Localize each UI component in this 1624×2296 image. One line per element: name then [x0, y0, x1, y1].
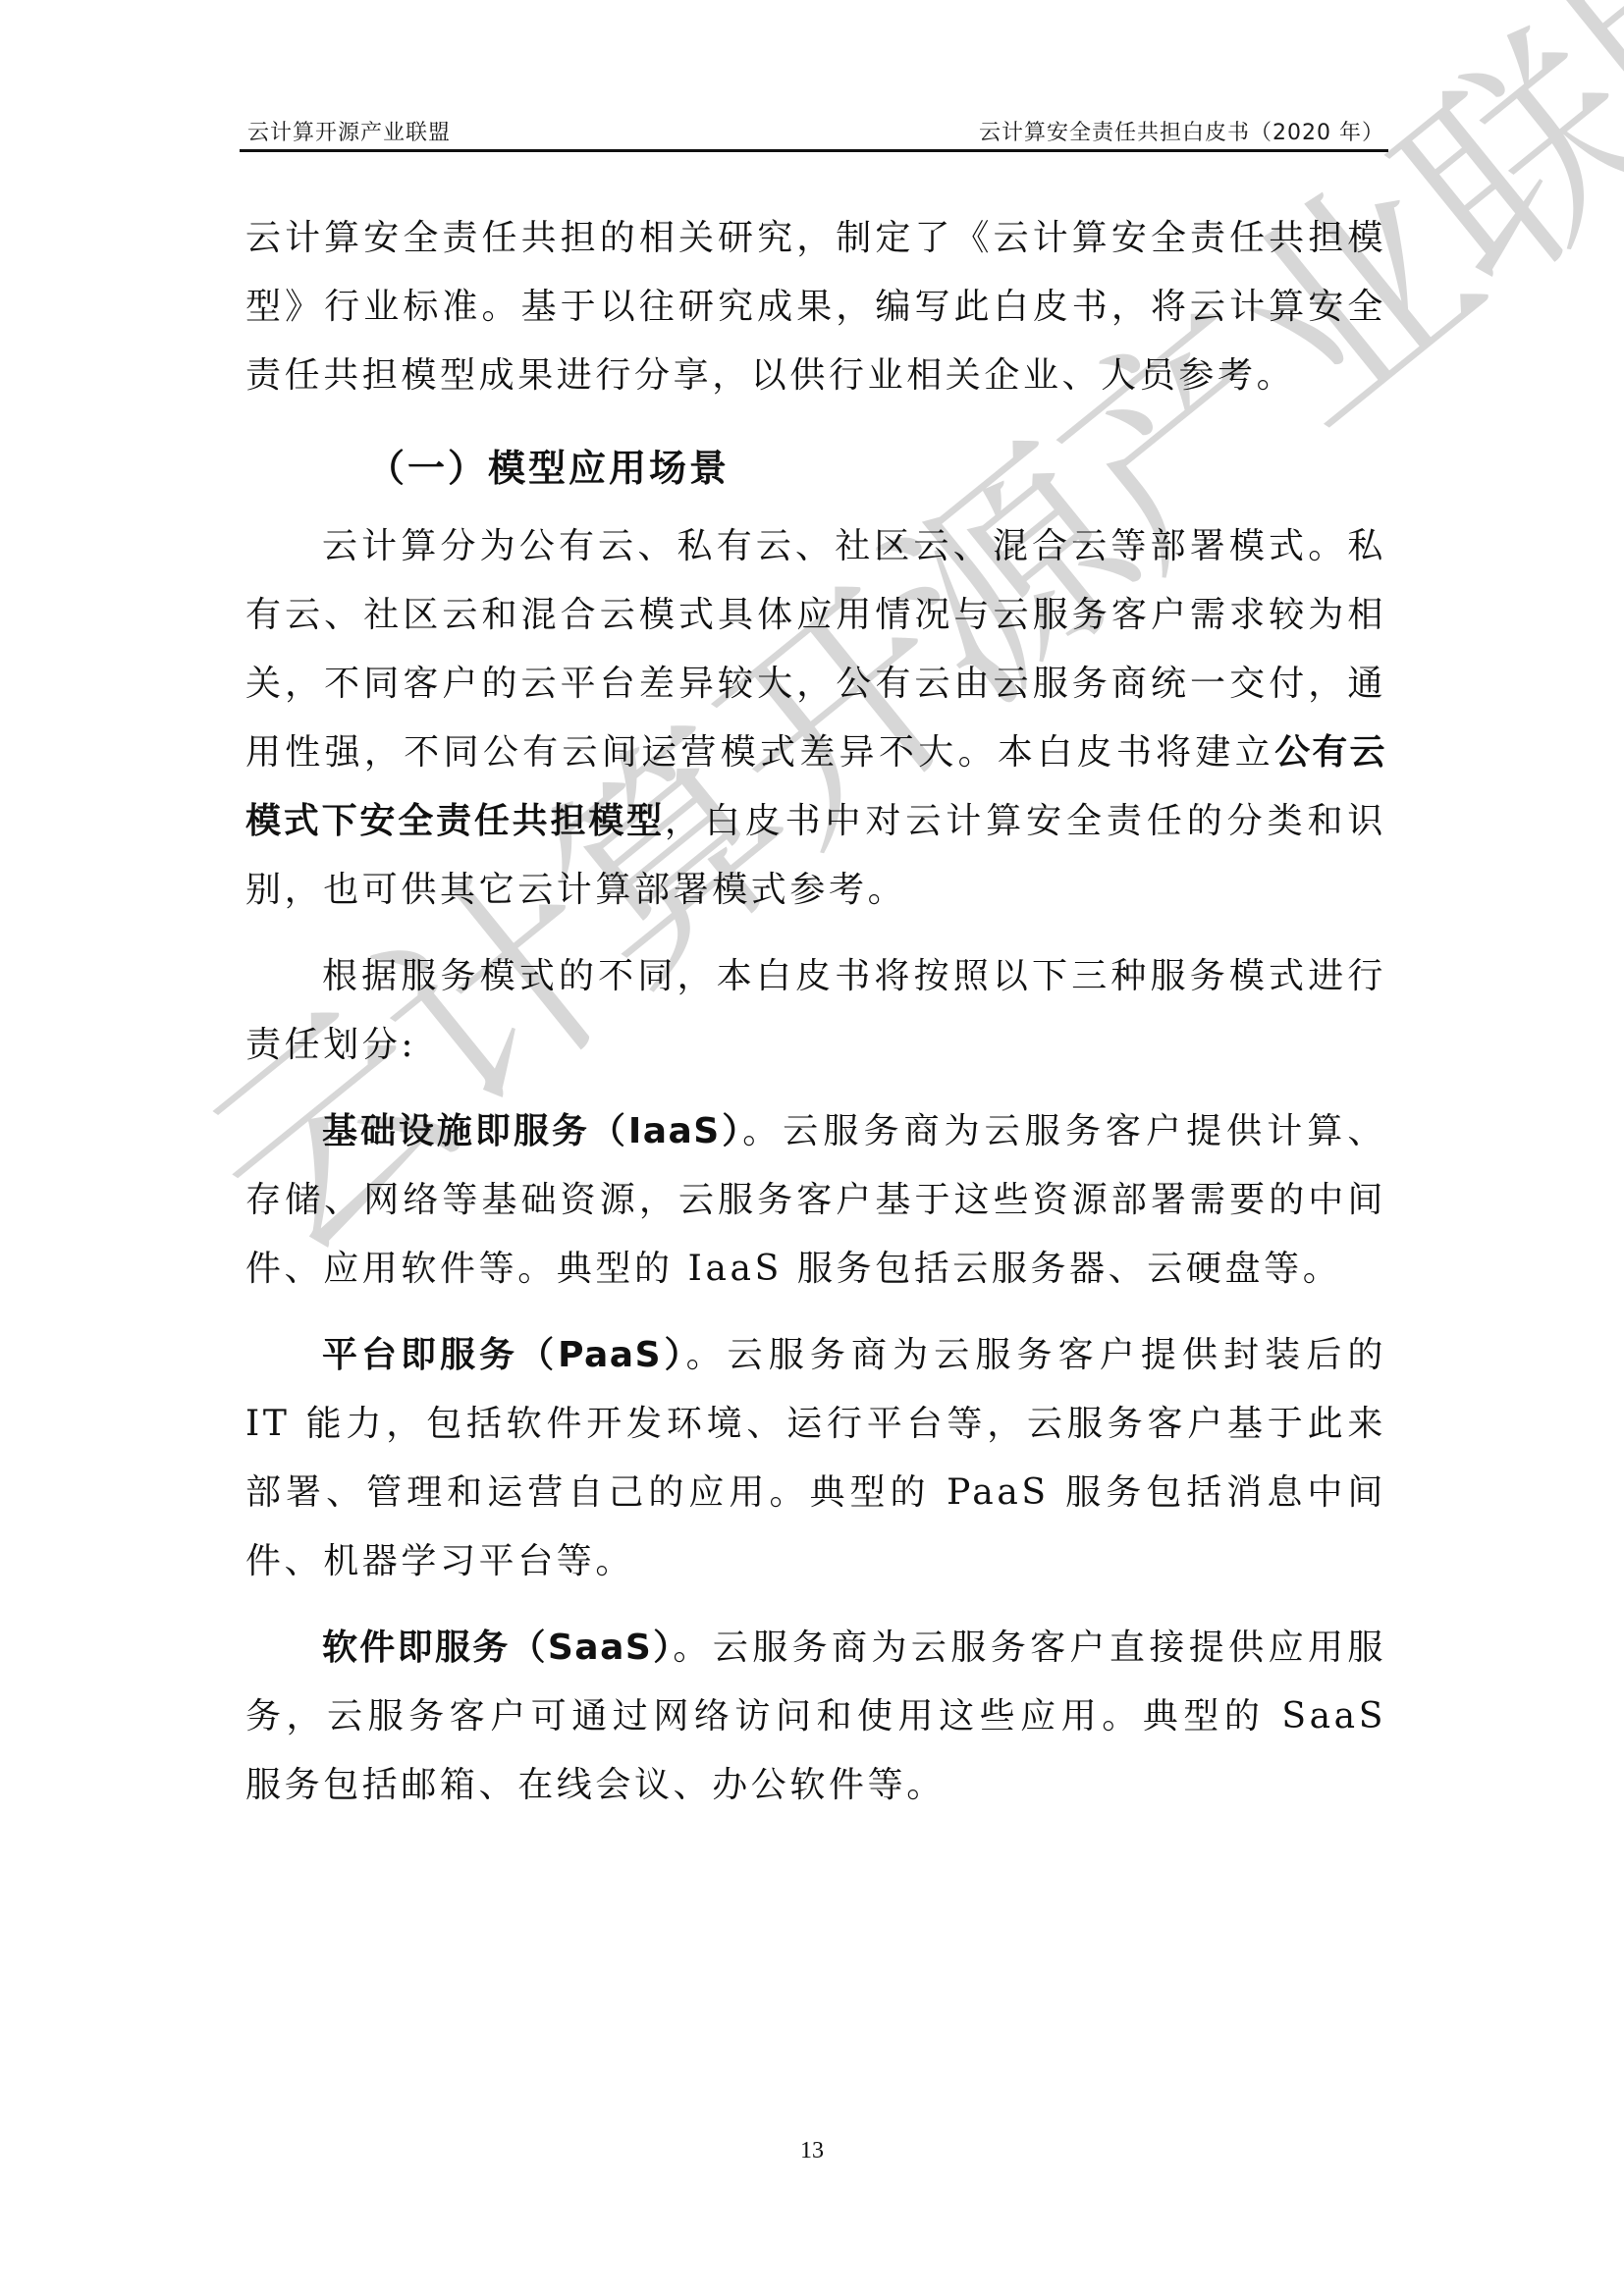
service-models-intro-paragraph: 根据服务模式的不同，本白皮书将按照以下三种服务模式进行责任划分: [245, 942, 1386, 1080]
header-divider [240, 149, 1388, 152]
header-document-title: 云计算安全责任共担白皮书（2020 年） [979, 116, 1384, 146]
iaas-term: 基础设施即服务（IaaS） [322, 1111, 742, 1151]
saas-term: 软件即服务（SaaS） [322, 1628, 673, 1668]
intro-paragraph: 云计算安全责任共担的相关研究，制定了《云计算安全责任共担模型》行业标准。基于以往… [245, 204, 1386, 410]
paas-paragraph: 平台即服务（PaaS）。云服务商为云服务客户提供封装后的 IT 能力，包括软件开… [245, 1321, 1386, 1596]
deployment-models-paragraph: 云计算分为公有云、私有云、社区云、混合云等部署模式。私有云、社区云和混合云模式具… [245, 512, 1386, 925]
saas-paragraph: 软件即服务（SaaS）。云服务商为云服务客户直接提供应用服务，云服务客户可通过网… [245, 1614, 1386, 1820]
section-heading: （一）模型应用场景 [245, 434, 1386, 503]
paas-term: 平台即服务（PaaS） [322, 1335, 686, 1375]
iaas-paragraph: 基础设施即服务（IaaS）。云服务商为云服务客户提供计算、存储、网络等基础资源，… [245, 1097, 1386, 1304]
page-number: 13 [0, 2138, 1624, 2164]
header-organization: 云计算开源产业联盟 [247, 116, 451, 146]
page-body: 云计算安全责任共担的相关研究，制定了《云计算安全责任共担模型》行业标准。基于以往… [245, 204, 1386, 1820]
page-header: 云计算开源产业联盟 云计算安全责任共担白皮书（2020 年） [240, 114, 1388, 153]
paragraph-text: 云计算分为公有云、私有云、社区云、混合云等部署模式。私有云、社区云和混合云模式具… [245, 526, 1386, 773]
